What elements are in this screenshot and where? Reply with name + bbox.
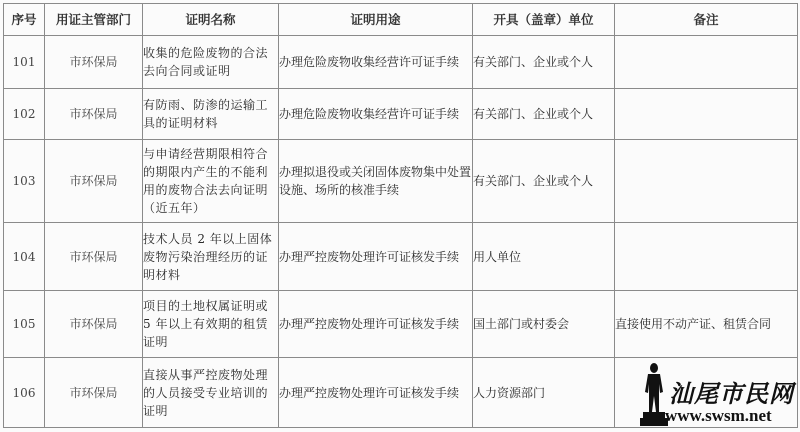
header-note: 备注	[615, 4, 798, 36]
watermark-url: www.swsm.net	[665, 406, 772, 426]
cell-no: 105	[4, 291, 45, 358]
cell-note: 直接使用不动产证、租赁合同	[615, 291, 798, 358]
cell-use: 办理危险废物收集经营许可证手续	[279, 89, 473, 140]
table-row: 101 市环保局 收集的危险废物的合法去向合同或证明 办理危险废物收集经营许可证…	[4, 36, 798, 89]
table-row: 104 市环保局 技术人员 2 年以上固体废物污染治理经历的证明材料 办理严控废…	[4, 223, 798, 291]
cell-note	[615, 89, 798, 140]
cell-name: 有防雨、防渗的运输工具的证明材料	[143, 89, 279, 140]
table-header-row: 序号 用证主管部门 证明名称 证明用途 开具（盖章）单位 备注	[4, 4, 798, 36]
cell-no: 103	[4, 140, 45, 223]
header-use: 证明用途	[279, 4, 473, 36]
cell-issuer: 用人单位	[473, 223, 615, 291]
cell-use: 办理危险废物收集经营许可证手续	[279, 36, 473, 89]
cell-name: 直接从事严控废物处理的人员接受专业培训的证明	[143, 358, 279, 428]
cell-no: 104	[4, 223, 45, 291]
cell-dept: 市环保局	[45, 223, 143, 291]
cell-use: 办理严控废物处理许可证核发手续	[279, 291, 473, 358]
cell-issuer: 有关部门、企业或个人	[473, 89, 615, 140]
cell-issuer: 有关部门、企业或个人	[473, 140, 615, 223]
cell-no: 106	[4, 358, 45, 428]
table-row: 103 市环保局 与申请经营期限相符合的期限内产生的不能利用的废物合法去向证明（…	[4, 140, 798, 223]
cell-no: 101	[4, 36, 45, 89]
cell-no: 102	[4, 89, 45, 140]
header-no: 序号	[4, 4, 45, 36]
table-row: 102 市环保局 有防雨、防渗的运输工具的证明材料 办理危险废物收集经营许可证手…	[4, 89, 798, 140]
cell-use: 办理严控废物处理许可证核发手续	[279, 358, 473, 428]
cell-name: 技术人员 2 年以上固体废物污染治理经历的证明材料	[143, 223, 279, 291]
cell-dept: 市环保局	[45, 140, 143, 223]
table-row: 105 市环保局 项目的土地权属证明或 5 年以上有效期的租赁证明 办理严控废物…	[4, 291, 798, 358]
cell-note	[615, 36, 798, 89]
cell-name: 项目的土地权属证明或 5 年以上有效期的租赁证明	[143, 291, 279, 358]
cell-name: 与申请经营期限相符合的期限内产生的不能利用的废物合法去向证明（近五年）	[143, 140, 279, 223]
cell-dept: 市环保局	[45, 291, 143, 358]
cell-note	[615, 223, 798, 291]
cell-issuer: 人力资源部门	[473, 358, 615, 428]
header-name: 证明名称	[143, 4, 279, 36]
site-watermark: 汕尾市民网 www.swsm.net	[637, 362, 797, 428]
header-issuer: 开具（盖章）单位	[473, 4, 615, 36]
cell-dept: 市环保局	[45, 89, 143, 140]
cell-issuer: 国土部门或村委会	[473, 291, 615, 358]
cell-issuer: 有关部门、企业或个人	[473, 36, 615, 89]
cell-use: 办理严控废物处理许可证核发手续	[279, 223, 473, 291]
header-dept: 用证主管部门	[45, 4, 143, 36]
watermark-title: 汕尾市民网	[669, 374, 794, 409]
cell-name: 收集的危险废物的合法去向合同或证明	[143, 36, 279, 89]
cell-use: 办理拟退役或关闭固体废物集中处置设施、场所的核准手续	[279, 140, 473, 223]
cell-dept: 市环保局	[45, 36, 143, 89]
cell-note	[615, 140, 798, 223]
cell-dept: 市环保局	[45, 358, 143, 428]
